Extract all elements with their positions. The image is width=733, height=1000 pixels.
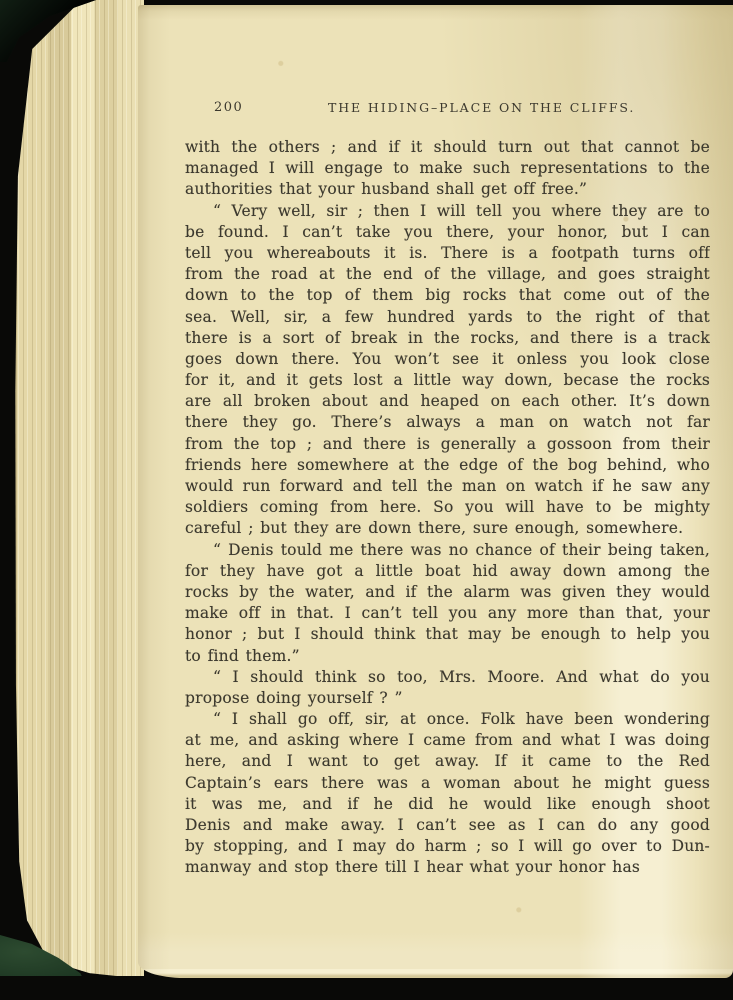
text-line: propose doing yourself ? ” — [185, 688, 710, 709]
text-line: rocks by the water, and if the alarm was… — [185, 582, 710, 603]
background-shadow — [0, 976, 733, 1000]
text-line: make off in that. I can’t tell you any m… — [185, 603, 710, 624]
paragraph: “ I shall go off, sir, at once. Folk hav… — [185, 709, 710, 879]
text-line: there is a sort of break in the rocks, a… — [185, 328, 710, 349]
text-line: are all broken about and heaped on each … — [185, 391, 710, 412]
text-line: manway and stop there till I hear what y… — [185, 857, 710, 878]
text-line: by stopping, and I may do harm ; so I wi… — [185, 836, 710, 857]
text-line: sea. Well, sir, a few hundred yards to t… — [185, 307, 710, 328]
text-line: for they have got a little boat hid away… — [185, 561, 710, 582]
text-line: from the road at the end of the village,… — [185, 264, 710, 285]
text-line: Denis and make away. I can’t see as I ca… — [185, 815, 710, 836]
text-line: with the others ; and if it should turn … — [185, 137, 710, 158]
text-line: managed I will engage to make such repre… — [185, 158, 710, 179]
text-line: goes down there. You won’t see it onless… — [185, 349, 710, 370]
book-page: 200 THE HIDING–PLACE ON THE CLIFFS. with… — [138, 5, 733, 978]
text-line: “ I should think so too, Mrs. Moore. And… — [185, 667, 710, 688]
text-line: there they go. There’s always a man on w… — [185, 412, 710, 433]
running-title: THE HIDING–PLACE ON THE CLIFFS. — [328, 100, 635, 115]
text-line: be found. I can’t take you there, your h… — [185, 222, 710, 243]
text-line: careful ; but they are down there, sure … — [185, 518, 710, 539]
text-line: authorities that your husband shall get … — [185, 179, 710, 200]
scanned-book-photo: 200 THE HIDING–PLACE ON THE CLIFFS. with… — [0, 0, 733, 1000]
text-line: down to the top of them big rocks that c… — [185, 285, 710, 306]
text-line: soldiers coming from here. So you will h… — [185, 497, 710, 518]
text-line: “ Denis tould me there was no chance of … — [185, 540, 710, 561]
page-number: 200 — [214, 100, 243, 115]
text-line: Captain’s ears there was a woman about h… — [185, 773, 710, 794]
text-line: “ I shall go off, sir, at once. Folk hav… — [185, 709, 710, 730]
page-edges-stack — [14, 0, 144, 979]
paragraph: “ I should think so too, Mrs. Moore. And… — [185, 667, 710, 709]
paragraph: “ Very well, sir ; then I will tell you … — [185, 201, 710, 540]
page-header: 200 THE HIDING–PLACE ON THE CLIFFS. — [185, 100, 710, 118]
paragraph: with the others ; and if it should turn … — [185, 137, 710, 201]
text-line: at me, and asking where I came from and … — [185, 730, 710, 751]
text-line: “ Very well, sir ; then I will tell you … — [185, 201, 710, 222]
text-line: for it, and it gets lost a little way do… — [185, 370, 710, 391]
paragraph: “ Denis tould me there was no chance of … — [185, 540, 710, 667]
text-line: friends here somewhere at the edge of th… — [185, 455, 710, 476]
text-line: would run forward and tell the man on wa… — [185, 476, 710, 497]
text-line: from the top ; and there is generally a … — [185, 434, 710, 455]
text-line: tell you whereabouts it is. There is a f… — [185, 243, 710, 264]
text-line: honor ; but I should think that may be e… — [185, 624, 710, 645]
text-line: to find them.” — [185, 646, 710, 667]
text-line: it was me, and if he did he would like e… — [185, 794, 710, 815]
page-body: with the others ; and if it should turn … — [185, 137, 710, 879]
text-line: here, and I want to get away. If it came… — [185, 751, 710, 772]
